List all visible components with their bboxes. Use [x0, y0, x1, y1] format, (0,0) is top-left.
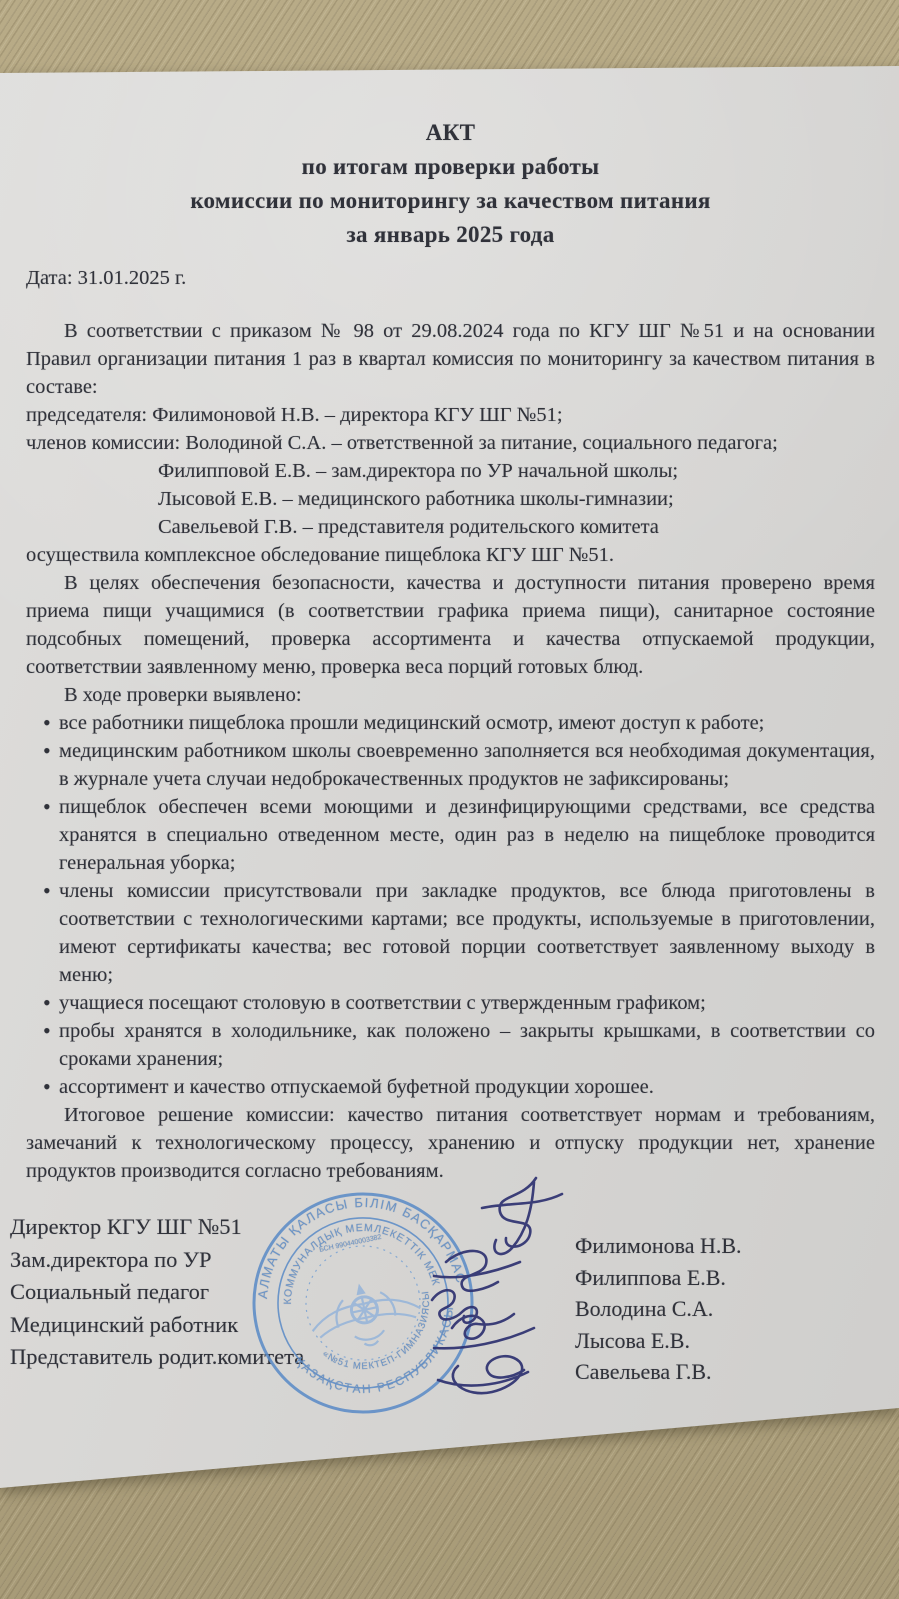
date-line: Дата: 31.01.2025 г. — [26, 264, 875, 292]
title-line-4: за январь 2025 года — [26, 218, 875, 252]
name-filimonova: Филимонова Н.В. — [575, 1230, 742, 1262]
signature-volodina — [432, 1290, 477, 1323]
title-line-3: комиссии по мониторингу за качеством пит… — [26, 184, 875, 218]
members-label: членов комиссии: — [26, 432, 185, 454]
finding-item: пищеблок обеспечен всеми моющими и дезин… — [26, 793, 875, 877]
document-title: АКТ по итогам проверки работы комиссии п… — [26, 116, 875, 252]
name-volodina: Володина С.А. — [575, 1293, 742, 1325]
title-line-2: по итогам проверки работы — [26, 150, 875, 184]
title-line-1: АКТ — [26, 116, 875, 150]
purpose-paragraph: В целях обеспечения безопасности, качест… — [26, 569, 875, 681]
findings-label: В ходе проверки выявлено: — [26, 681, 875, 709]
name-filippova: Филиппова Е.В. — [575, 1262, 742, 1294]
member-3: Лысовой Е.В. – медицинского работника шк… — [158, 485, 875, 513]
intro-conclusion: осуществила комплексное обследование пищ… — [26, 541, 875, 569]
signature-names: Филимонова Н.В. Филиппова Е.В. Володина … — [575, 1230, 742, 1388]
findings-list: все работники пищеблока прошли медицинск… — [26, 709, 875, 1101]
name-lysova: Лысова Е.В. — [575, 1325, 742, 1357]
members-first-line: членов комиссии: Володиной С.А. – ответс… — [26, 429, 875, 457]
member-1: Володиной С.А. – ответственной за питани… — [185, 432, 777, 454]
signature-filippova — [434, 1251, 520, 1291]
finding-item: все работники пищеблока прошли медицинск… — [26, 709, 875, 737]
finding-item: пробы хранятся в холодильнике, как полож… — [26, 1017, 875, 1073]
photo-background: АКТ по итогам проверки работы комиссии п… — [0, 0, 899, 1599]
finding-item: учащиеся посещают столовую в соответстви… — [26, 989, 875, 1017]
finding-item: члены комиссии присутствовали при заклад… — [26, 877, 875, 989]
chairman-line: председателя: Филимоновой Н.В. – директо… — [26, 401, 875, 429]
document-content: АКТ по итогам проверки работы комиссии п… — [0, 0, 899, 1441]
intro-paragraph: В соответствии с приказом № 98 от 29.08.… — [26, 317, 875, 401]
member-2: Филипповой Е.В. – зам.директора по УР на… — [158, 457, 875, 485]
signature-filimonova — [482, 1178, 562, 1254]
signature-section: Директор КГУ ШГ №51 Зам.директора по УР … — [26, 1211, 875, 1441]
finding-item: ассортимент и качество отпускаемой буфет… — [26, 1073, 875, 1101]
signature-savelyeva — [438, 1356, 528, 1393]
finding-item: медицинским работником школы своевременн… — [26, 737, 875, 793]
document-paper: АКТ по итогам проверки работы комиссии п… — [0, 0, 899, 1599]
name-savelyeva: Савельева Г.В. — [575, 1356, 742, 1388]
member-4: Савельевой Г.В. – представителя родитель… — [158, 513, 875, 541]
